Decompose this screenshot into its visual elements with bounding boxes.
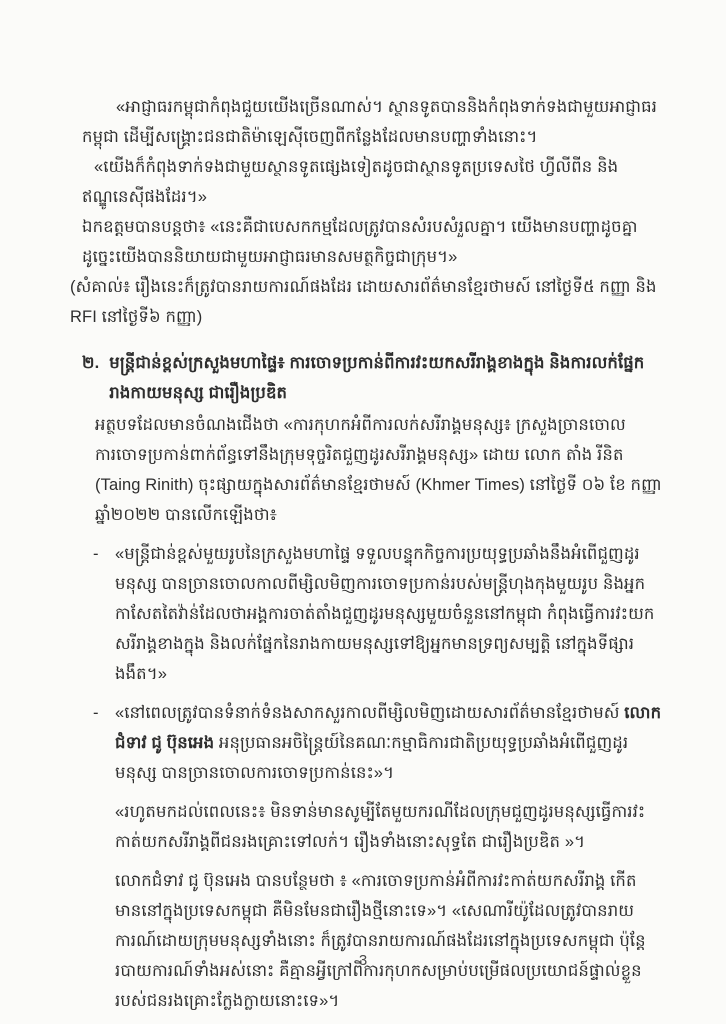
section-heading: មន្ត្រីជាន់ខ្ពស់ក្រសួងមហាផ្ទៃ៖ ការចោទប្រ… xyxy=(109,348,662,408)
dash-bullet-icon: - xyxy=(93,698,103,788)
scanned-document-page: «អាជ្ញាធរកម្ពុជាកំពុងជួយយើងច្រើនណាស់។ ស្… xyxy=(0,0,726,1024)
quote-paragraph-3: ឯកឧត្តមបានបន្តថា៖ «នេះគឺជាបេសកកម្មដែលត្រ… xyxy=(82,212,662,272)
closing-paragraph: លោកជំទាវ ជូ ប៊ុនអេង បានបន្ថែមថា ៖ «ការចោ… xyxy=(115,866,662,1016)
quote-paragraph: «រហូតមកដល់ពេលនេះ៖ មិនទាន់មានសូម្បីតែមួយក… xyxy=(115,797,662,857)
bullet-item-1: - «មន្ត្រីជាន់ខ្ពស់មួយរូបនៃក្រសួងមហាផ្ទៃ… xyxy=(95,539,662,689)
bullet-text: «មន្ត្រីជាន់ខ្ពស់មួយរូបនៃក្រសួងមហាផ្ទៃ ទ… xyxy=(115,539,662,689)
quote-paragraph-2: «យើងក៏កំពុងទាក់ទងជាមួយស្ថានទូតផ្សេងទៀតដូ… xyxy=(82,152,662,212)
section-2: ២. មន្ត្រីជាន់ខ្ពស់ក្រសួងមហាផ្ទៃ៖ ការចោទ… xyxy=(82,348,662,1016)
page-number: 3 xyxy=(0,952,726,969)
quote-paragraph-1: «អាជ្ញាធរកម្ពុជាកំពុងជួយយើងច្រើនណាស់។ ស្… xyxy=(82,92,662,152)
bullet-text-before: «នៅពេលត្រូវបានទំនាក់ទំនងសាកសួរកាលពីម្សិល… xyxy=(115,704,624,722)
source-note-paragraph: (សំគាល់៖ រឿងនេះក៏ត្រូវបានរាយការណ៍ផងដែរ ដ… xyxy=(70,272,662,332)
section-body: អត្ថបទដែលមានចំណងជើងថា «ការកុហកអំពីការលក់… xyxy=(95,410,662,1016)
page-content: «អាជ្ញាធរកម្ពុជាកំពុងជួយយើងច្រើនណាស់។ ស្… xyxy=(82,92,662,1016)
bullet-item-2: - «នៅពេលត្រូវបានទំនាក់ទំនងសាកសួរកាលពីម្ស… xyxy=(95,698,662,788)
article-intro-paragraph: អត្ថបទដែលមានចំណងជើងថា «ការកុហកអំពីការលក់… xyxy=(95,410,662,530)
dash-bullet-icon: - xyxy=(93,539,103,689)
bullet-text: «នៅពេលត្រូវបានទំនាក់ទំនងសាកសួរកាលពីម្សិល… xyxy=(115,698,662,788)
section-heading-row: ២. មន្ត្រីជាន់ខ្ពស់ក្រសួងមហាផ្ទៃ៖ ការចោទ… xyxy=(82,348,662,408)
section-number: ២. xyxy=(82,348,99,408)
